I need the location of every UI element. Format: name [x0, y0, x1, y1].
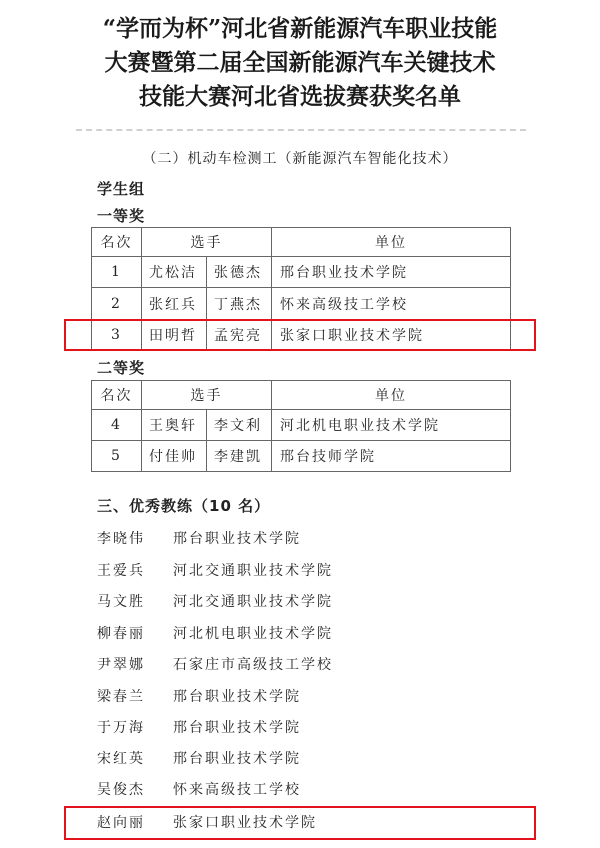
title-line-1: “学而为杯”河北省新能源汽车职业技能 — [0, 12, 600, 46]
header-players: 选手 — [142, 228, 272, 257]
table-row: 5 付佳帅 李建凯 邢台技师学院 — [92, 441, 511, 472]
header-players: 选手 — [142, 381, 272, 410]
header-unit: 单位 — [272, 228, 511, 257]
coach-unit: 邢台职业技术学院 — [173, 751, 301, 767]
coach-unit: 怀来高级技工学校 — [173, 782, 301, 798]
coach-item: 马文胜河北交通职业技术学院 — [97, 591, 333, 611]
coach-item: 吴俊杰怀来高级技工学校 — [97, 779, 301, 799]
coach-name: 王爱兵 — [97, 560, 173, 580]
highlight-box-coach-10 — [64, 806, 536, 840]
unit-cell: 怀来高级技工学校 — [272, 288, 511, 320]
coach-item: 宋红英邢台职业技术学院 — [97, 748, 301, 768]
rank-cell: 5 — [92, 441, 142, 472]
player-cell: 丁燕杰 — [207, 288, 272, 320]
title-line-3: 技能大赛河北省选拔赛获奖名单 — [0, 80, 600, 114]
player-cell: 王奥轩 — [142, 410, 207, 441]
rank-cell: 4 — [92, 410, 142, 441]
table-row: 1 尤松洁 张德杰 邢台职业技术学院 — [92, 257, 511, 288]
highlight-box-first-prize-row-3 — [64, 319, 536, 351]
player-cell: 张红兵 — [142, 288, 207, 320]
player-cell: 李文利 — [207, 410, 272, 441]
coach-unit: 邢台职业技术学院 — [173, 720, 301, 736]
player-cell: 李建凯 — [207, 441, 272, 472]
coach-item: 于万海邢台职业技术学院 — [97, 717, 301, 737]
coach-item: 尹翠娜石家庄市高级技工学校 — [97, 654, 333, 674]
coach-item: 柳春丽河北机电职业技术学院 — [97, 623, 333, 643]
rank-cell: 1 — [92, 257, 142, 288]
coach-unit: 河北交通职业技术学院 — [173, 563, 333, 579]
coach-unit: 邢台职业技术学院 — [173, 689, 301, 705]
unit-cell: 邢台技师学院 — [272, 441, 511, 472]
coach-name: 李晓伟 — [97, 528, 173, 548]
document-title: “学而为杯”河北省新能源汽车职业技能 大赛暨第二届全国新能源汽车关键技术 技能大… — [0, 12, 600, 114]
coach-name: 柳春丽 — [97, 623, 173, 643]
coach-unit: 石家庄市高级技工学校 — [173, 657, 333, 673]
coach-name: 宋红英 — [97, 748, 173, 768]
first-prize-label: 一等奖 — [97, 205, 145, 226]
header-rank: 名次 — [92, 381, 142, 410]
header-unit: 单位 — [272, 381, 511, 410]
second-prize-table: 名次 选手 单位 4 王奥轩 李文利 河北机电职业技术学院 5 付佳帅 李建凯 … — [91, 380, 511, 472]
coach-name: 马文胜 — [97, 591, 173, 611]
coach-item: 梁春兰邢台职业技术学院 — [97, 686, 301, 706]
coaches-heading: 三、优秀教练（10 名） — [97, 495, 270, 516]
table-row: 4 王奥轩 李文利 河北机电职业技术学院 — [92, 410, 511, 441]
rank-cell: 2 — [92, 288, 142, 320]
table-header-row: 名次 选手 单位 — [92, 381, 511, 410]
coach-unit: 河北交通职业技术学院 — [173, 594, 333, 610]
title-line-2: 大赛暨第二届全国新能源汽车关键技术 — [0, 46, 600, 80]
table-row: 2 张红兵 丁燕杰 怀来高级技工学校 — [92, 288, 511, 320]
dashed-divider — [76, 129, 526, 131]
coach-unit: 河北机电职业技术学院 — [173, 626, 333, 642]
coach-name: 吴俊杰 — [97, 779, 173, 799]
header-rank: 名次 — [92, 228, 142, 257]
category-subtitle: （二）机动车检测工（新能源汽车智能化技术） — [0, 148, 600, 168]
table-header-row: 名次 选手 单位 — [92, 228, 511, 257]
coach-name: 梁春兰 — [97, 686, 173, 706]
unit-cell: 邢台职业技术学院 — [272, 257, 511, 288]
player-cell: 张德杰 — [207, 257, 272, 288]
unit-cell: 河北机电职业技术学院 — [272, 410, 511, 441]
group-label: 学生组 — [97, 178, 145, 199]
player-cell: 付佳帅 — [142, 441, 207, 472]
coach-item: 王爱兵河北交通职业技术学院 — [97, 560, 333, 580]
player-cell: 尤松洁 — [142, 257, 207, 288]
coach-item: 李晓伟邢台职业技术学院 — [97, 528, 301, 548]
coach-name: 尹翠娜 — [97, 654, 173, 674]
second-prize-label: 二等奖 — [97, 357, 145, 378]
coach-name: 于万海 — [97, 717, 173, 737]
coach-unit: 邢台职业技术学院 — [173, 531, 301, 547]
